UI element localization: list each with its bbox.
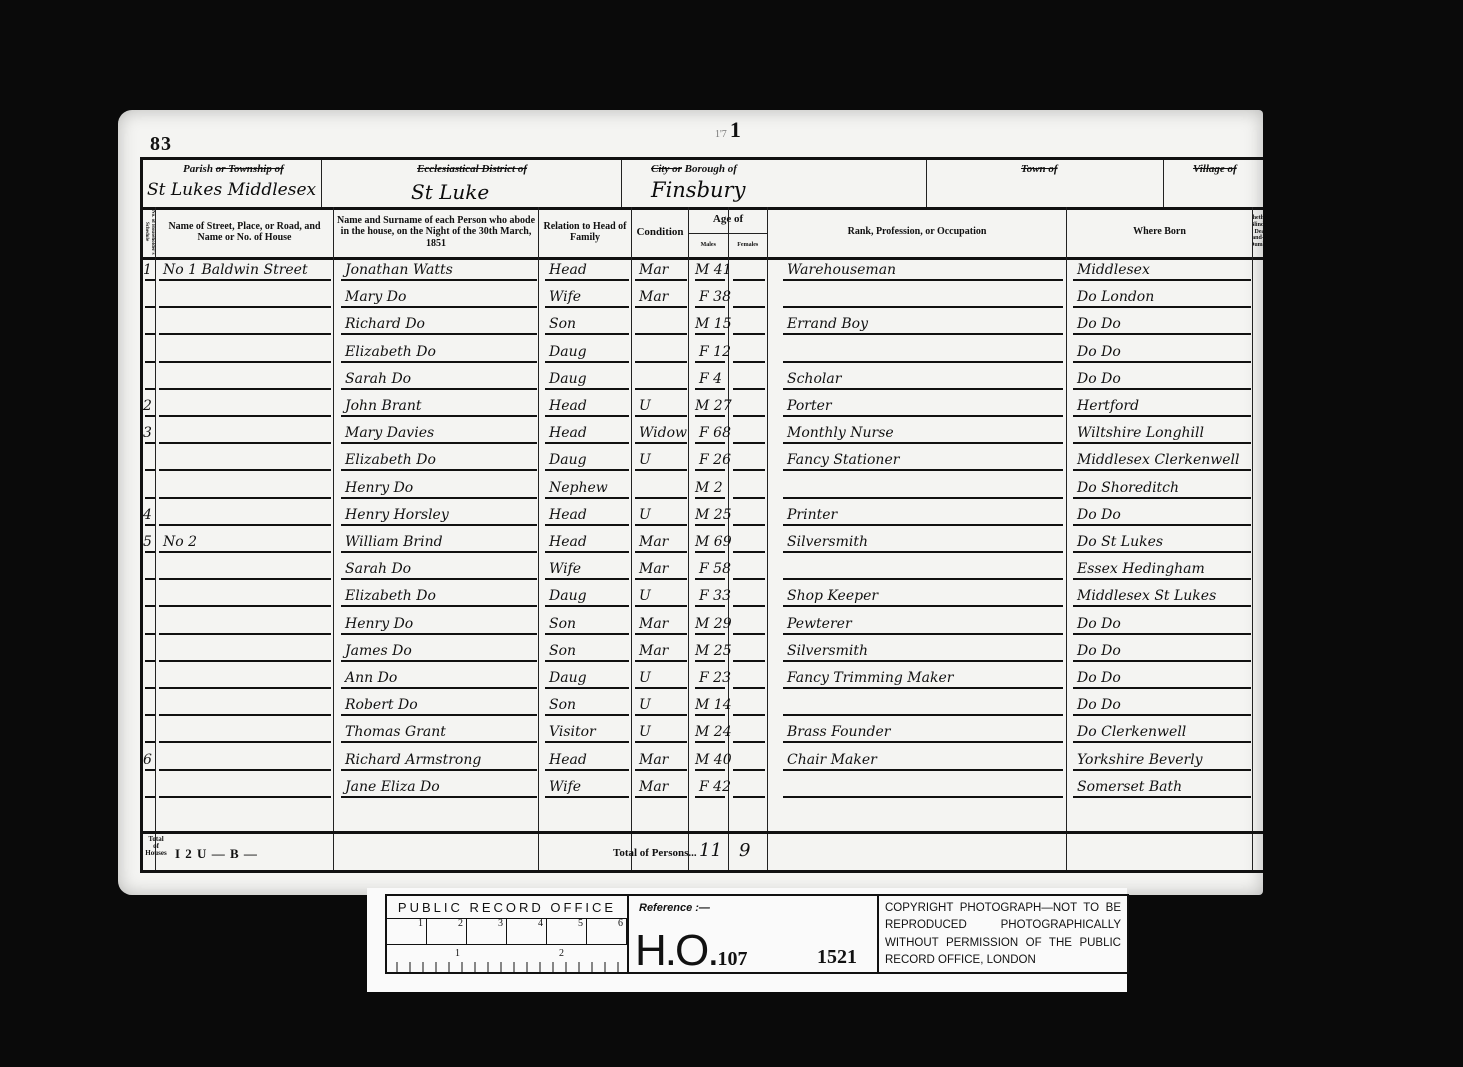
cell-name: Sarah Do [345, 369, 411, 389]
cell-born: Do Do [1077, 695, 1121, 715]
cell-relation: Son [549, 695, 576, 715]
cell-occupation: Chair Maker [787, 750, 877, 770]
table-row: Sarah DoWifeMarF 58Essex Hedingham [143, 559, 1263, 581]
cell-relation: Son [549, 314, 576, 334]
cell-name: Sarah Do [345, 559, 411, 579]
cell-m: M 24 [695, 722, 732, 742]
cell-born: Wiltshire Longhill [1077, 423, 1204, 443]
sheet-number: 1'71 [715, 117, 741, 143]
cell-relation: Head [549, 505, 587, 525]
cell-born: Hertford [1077, 396, 1139, 416]
cell-f: F 42 [699, 777, 731, 797]
cell-name: James Do [345, 641, 412, 661]
col-condition: Condition [632, 207, 689, 257]
cell-relation: Head [549, 396, 587, 416]
cell-born: Do Do [1077, 342, 1121, 362]
cell-relation: Head [549, 532, 587, 552]
reference-box: Reference :— H.O.107 1521 [629, 896, 879, 972]
col-occupation: Rank, Profession, or Occupation [768, 207, 1067, 257]
cell-occupation: Errand Boy [787, 314, 868, 334]
table-row: 2John BrantHeadUM 27PorterHertford [143, 396, 1263, 418]
cell-born: Somerset Bath [1077, 777, 1182, 797]
cell-f: F 4 [699, 369, 722, 389]
table-row: James DoSonMarM 25SilversmithDo Do [143, 641, 1263, 663]
cell-m: M 25 [695, 641, 732, 661]
folio-number: 83 [150, 133, 172, 156]
col-born: Where Born [1067, 207, 1253, 257]
females-total: 9 [739, 840, 750, 861]
cell-relation: Daug [549, 369, 587, 389]
cell-f: F 12 [699, 342, 731, 362]
cell-name: Ann Do [345, 668, 397, 688]
cell-m: M 69 [695, 532, 732, 552]
cell-name: Jane Eliza Do [345, 777, 440, 797]
cell-born: Do Shoreditch [1077, 478, 1179, 498]
table-row: 4Henry HorsleyHeadUM 25PrinterDo Do [143, 505, 1263, 527]
borough-value: Finsbury [651, 178, 745, 202]
table-row: Ann DoDaugUF 23Fancy Trimming MakerDo Do [143, 668, 1263, 690]
cell-born: Middlesex Clerkenwell [1077, 450, 1240, 470]
cell-condition: Mar [639, 641, 668, 661]
cell-occupation: Warehouseman [787, 260, 896, 280]
parish-value: St Lukes Middlesex [147, 180, 316, 200]
cell-condition: Widow [639, 423, 687, 443]
persons-label: Total of Persons... [613, 847, 697, 859]
cell-name: Robert Do [345, 695, 418, 715]
cell-f: F 68 [699, 423, 731, 443]
cell-born: Do Do [1077, 614, 1121, 634]
scale-ruler: PUBLIC RECORD OFFICE 123456 12 [387, 896, 629, 972]
cell-f: F 33 [699, 586, 731, 606]
cell-m: M 15 [695, 314, 732, 334]
col-name: Name and Surname of each Person who abod… [334, 207, 539, 257]
cell-born: Do Do [1077, 641, 1121, 661]
cell-occupation: Brass Founder [787, 722, 891, 742]
cell-relation: Head [549, 260, 587, 280]
town-cell: Town of [926, 160, 1164, 207]
cell-condition: Mar [639, 614, 668, 634]
cell-name: Richard Do [345, 314, 425, 334]
cell-schedule: 2 [143, 396, 152, 416]
cell-occupation: Printer [787, 505, 837, 525]
cell-relation: Wife [549, 777, 581, 797]
cell-relation: Daug [549, 342, 587, 362]
ecclesiastical-value: St Luke [411, 180, 489, 204]
cell-relation: Wife [549, 287, 581, 307]
cell-occupation: Fancy Stationer [787, 450, 899, 470]
houses-total: I 2 U — B — [175, 846, 258, 862]
cell-name: Henry Do [345, 478, 413, 498]
cell-schedule: 4 [143, 505, 152, 525]
cell-name: Richard Armstrong [345, 750, 481, 770]
cell-relation: Son [549, 614, 576, 634]
table-row: Sarah DoDaugF 4ScholarDo Do [143, 369, 1263, 391]
table-row: Mary DoWifeMarF 38Do London [143, 287, 1263, 309]
col-relation: Relation to Head of Family [539, 207, 632, 257]
cell-relation: Daug [549, 450, 587, 470]
cell-name: John Brant [345, 396, 422, 416]
cell-relation: Head [549, 750, 587, 770]
table-row: Robert DoSonUM 14Do Do [143, 695, 1263, 717]
cell-schedule: 5 [143, 532, 152, 552]
census-form: Parish or Township of St Lukes Middlesex… [140, 157, 1263, 873]
cell-born: Do London [1077, 287, 1154, 307]
cell-condition: Mar [639, 260, 668, 280]
cell-condition: U [639, 668, 651, 688]
column-headers: No. of Householder's Schedule Name of St… [143, 207, 1263, 260]
cell-relation: Visitor [549, 722, 596, 742]
cell-born: Do St Lukes [1077, 532, 1163, 552]
table-row: Elizabeth DoDaugUF 33Shop KeeperMiddlese… [143, 586, 1263, 608]
table-row: 5No 2William BrindHeadMarM 69Silversmith… [143, 532, 1263, 554]
cell-condition: Mar [639, 532, 668, 552]
cell-f: F 58 [699, 559, 731, 579]
cell-occupation: Fancy Trimming Maker [787, 668, 953, 688]
cell-address: No 1 Baldwin Street [163, 260, 308, 280]
cell-condition: U [639, 450, 651, 470]
cell-name: Elizabeth Do [345, 342, 436, 362]
cell-relation: Head [549, 423, 587, 443]
cell-born: Middlesex St Lukes [1077, 586, 1216, 606]
col-address: Name of Street, Place, or Road, and Name… [156, 207, 334, 257]
cell-occupation: Silversmith [787, 532, 868, 552]
borough-cell: City or Borough of Finsbury [621, 160, 927, 207]
table-row: 1No 1 Baldwin StreetJonathan WattsHeadMa… [143, 260, 1263, 282]
cell-born: Do Do [1077, 369, 1121, 389]
cell-name: Henry Horsley [345, 505, 449, 525]
location-header: Parish or Township of St Lukes Middlesex… [143, 160, 1263, 210]
cell-born: Do Do [1077, 668, 1121, 688]
table-row: Jane Eliza DoWifeMarF 42Somerset Bath [143, 777, 1263, 799]
cell-f: F 38 [699, 287, 731, 307]
cell-occupation: Silversmith [787, 641, 868, 661]
totals-row: Total of Houses I 2 U — B — Total of Per… [143, 831, 1263, 870]
cell-condition: Mar [639, 750, 668, 770]
cell-schedule: 1 [143, 260, 152, 280]
cell-name: Mary Davies [345, 423, 434, 443]
parish-cell: Parish or Township of St Lukes Middlesex [143, 160, 322, 207]
cell-occupation: Scholar [787, 369, 841, 389]
cell-m: M 29 [695, 614, 732, 634]
cell-m: M 25 [695, 505, 732, 525]
cell-condition: Mar [639, 777, 668, 797]
cell-relation: Nephew [549, 478, 608, 498]
cell-f: F 23 [699, 668, 731, 688]
cell-m: M 14 [695, 695, 732, 715]
table-row: Thomas GrantVisitorUM 24Brass FounderDo … [143, 722, 1263, 744]
cell-schedule: 6 [143, 750, 152, 770]
cell-condition: U [639, 505, 651, 525]
cell-relation: Daug [549, 586, 587, 606]
piece-number: 1521 [817, 946, 857, 969]
cell-relation: Daug [549, 668, 587, 688]
cell-name: Thomas Grant [345, 722, 446, 742]
cell-name: Elizabeth Do [345, 450, 436, 470]
cell-born: Do Clerkenwell [1077, 722, 1186, 742]
table-row: Henry DoNephewM 2Do Shoreditch [143, 478, 1263, 500]
cell-m: M 2 [695, 478, 723, 498]
cell-relation: Son [549, 641, 576, 661]
table-row: 6Richard ArmstrongHeadMarM 40Chair Maker… [143, 750, 1263, 772]
copyright-notice: COPYRIGHT PHOTOGRAPH—NOT TO BE REPRODUCE… [879, 896, 1127, 972]
cell-born: Do Do [1077, 505, 1121, 525]
cell-name: Jonathan Watts [345, 260, 453, 280]
cell-occupation: Pewterer [787, 614, 852, 634]
ecclesiastical-cell: Ecclesiastical District of St Luke [321, 160, 622, 207]
cell-relation: Wife [549, 559, 581, 579]
village-cell: Village of [1163, 160, 1263, 207]
cell-occupation: Monthly Nurse [787, 423, 894, 443]
cell-address: No 2 [163, 532, 197, 552]
cell-condition: U [639, 586, 651, 606]
cell-condition: Mar [639, 559, 668, 579]
cell-name: William Brind [345, 532, 443, 552]
record-office-stamp: PUBLIC RECORD OFFICE 123456 12 Reference… [367, 888, 1127, 992]
table-row: Richard DoSonM 15Errand BoyDo Do [143, 314, 1263, 336]
cell-m: M 40 [695, 750, 732, 770]
cell-f: F 26 [699, 450, 731, 470]
cell-m: M 41 [695, 260, 732, 280]
cell-name: Elizabeth Do [345, 586, 436, 606]
table-row: 3Mary DaviesHeadWidowF 68Monthly NurseWi… [143, 423, 1263, 445]
table-row: Elizabeth DoDaugUF 26Fancy StationerMidd… [143, 450, 1263, 472]
table-row: Henry DoSonMarM 29PewtererDo Do [143, 614, 1263, 636]
cell-condition: U [639, 396, 651, 416]
cell-condition: U [639, 695, 651, 715]
col-disability: Whether Blind, or Deaf-and-Dumb [1253, 207, 1263, 257]
cell-born: Yorkshire Beverly [1077, 750, 1203, 770]
cell-name: Mary Do [345, 287, 406, 307]
cell-schedule: 3 [143, 423, 152, 443]
cell-born: Middlesex [1077, 260, 1150, 280]
males-total: 11 [699, 840, 722, 861]
cell-occupation: Shop Keeper [787, 586, 878, 606]
cell-condition: Mar [639, 287, 668, 307]
table-row: Elizabeth DoDaugF 12Do Do [143, 342, 1263, 364]
cell-m: M 27 [695, 396, 732, 416]
houses-label: Total of Houses [145, 836, 167, 857]
cell-condition: U [639, 722, 651, 742]
cell-occupation: Porter [787, 396, 832, 416]
cell-born: Do Do [1077, 314, 1121, 334]
cell-born: Essex Hedingham [1077, 559, 1205, 579]
cell-name: Henry Do [345, 614, 413, 634]
